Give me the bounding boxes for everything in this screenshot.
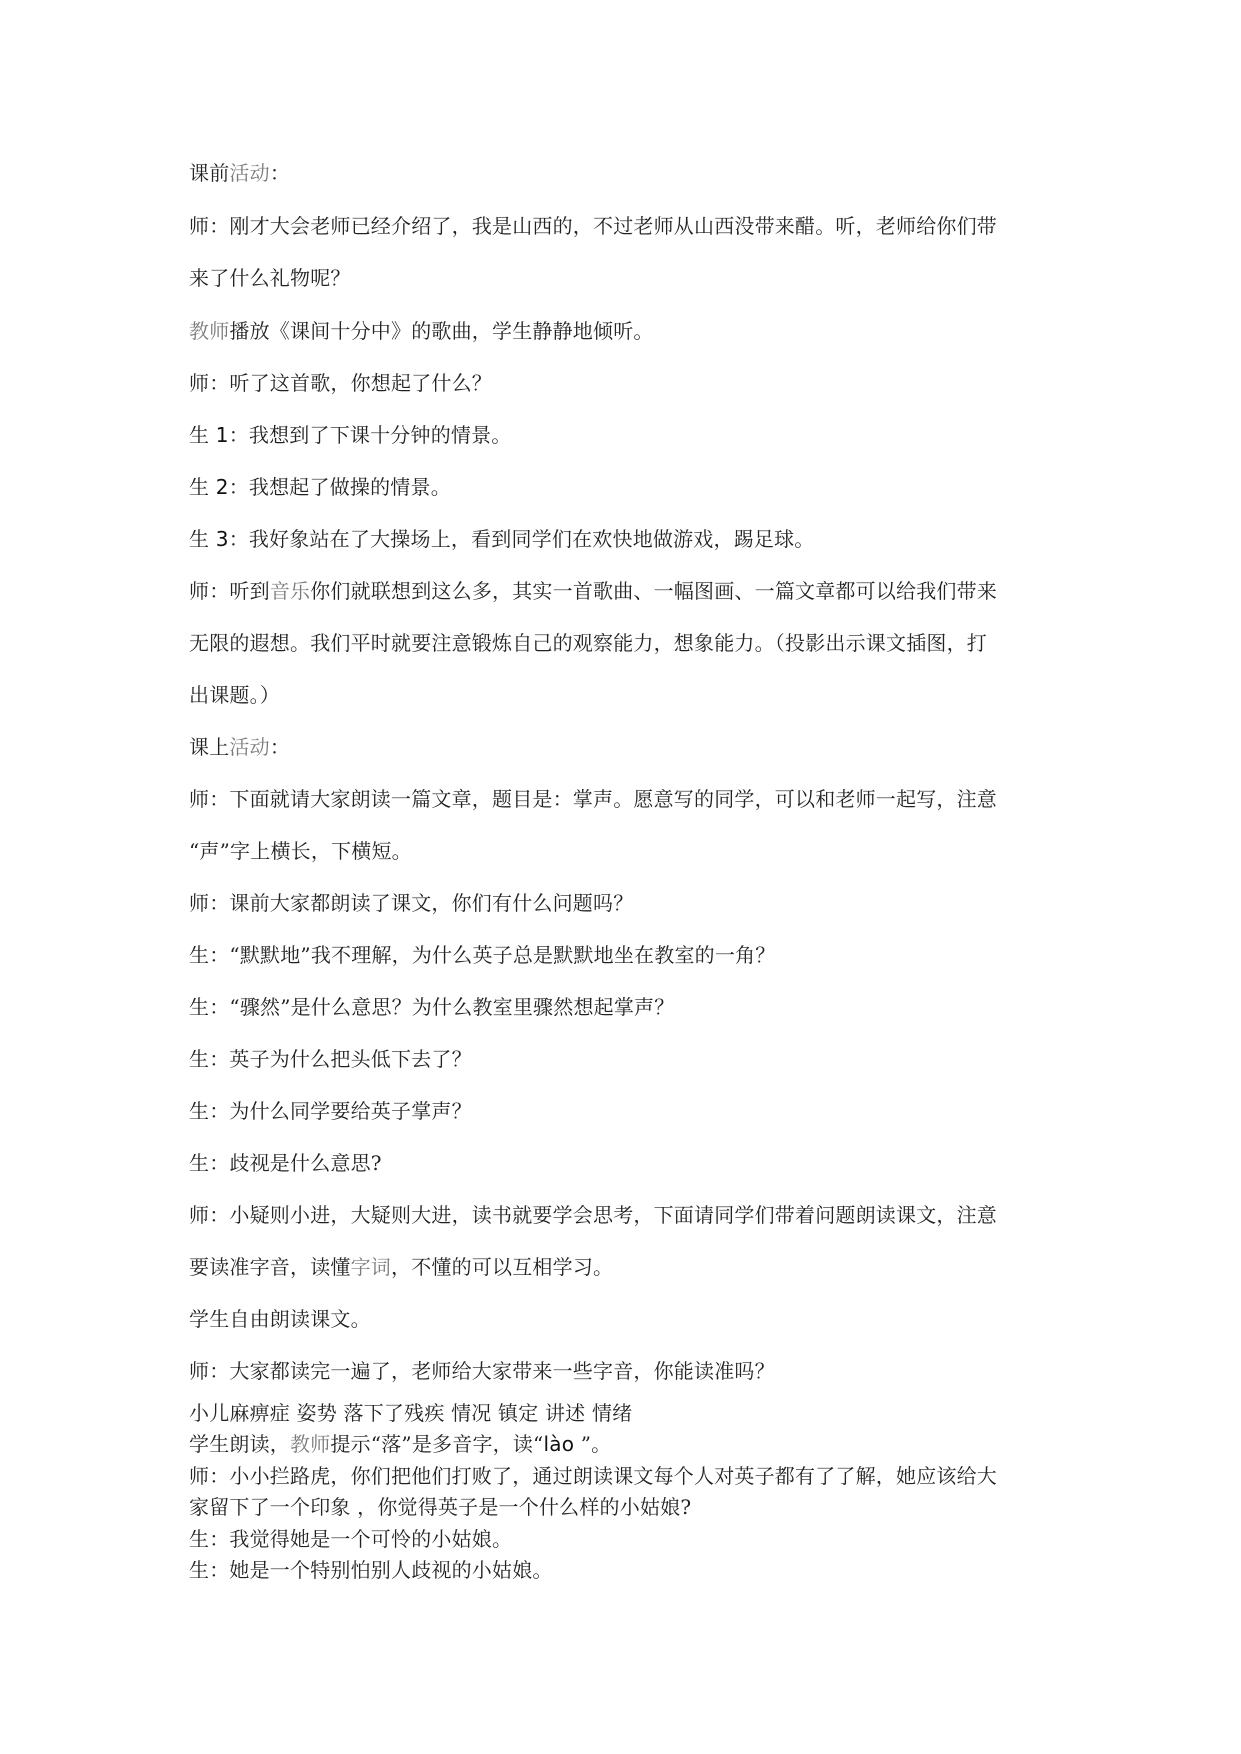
text-segment: ： (270, 161, 290, 185)
paragraph-line: 师：大家都读完一遍了，老师给大家带来一些字音，你能读准吗？ (189, 1358, 775, 1384)
paragraph-line: 课上活动： (189, 734, 290, 760)
paragraph-line: 学生自由朗读课文。 (189, 1306, 371, 1332)
text-segment: 提示“落”是多音字，读“ (330, 1432, 543, 1456)
text-segment: ：我想到了下课十分钟的情景。 (229, 423, 512, 447)
text-segment: 出课题。） (189, 683, 280, 707)
text-segment: 课前 (189, 161, 229, 185)
paragraph-line: 生：为什么同学要给英子掌声？ (189, 1098, 472, 1124)
text-segment: 生：英子为什么把头低下去了？ (189, 1047, 472, 1071)
text-segment: 师：听到 (189, 579, 270, 603)
paragraph-line: 家留下了一个印象 ，你觉得英子是一个什么样的小姑娘? (189, 1494, 691, 1520)
text-segment: 生：“默默地”我不理解，为什么英子总是默默地坐在教室的一角？ (189, 943, 775, 967)
paragraph-line: 无限的遐想。我们平时就要注意锻炼自己的观察能力，想象能力。（投影出示课文插图，打 (189, 630, 987, 656)
text-segment: 生：“骤然”是什么意思？为什么教室里骤然想起掌声？ (189, 995, 674, 1019)
text-segment: 无限的遐想。我们平时就要注意锻炼自己的观察能力，想象能力。（投影出示课文插图，打 (189, 631, 987, 655)
paragraph-line: 生 3：我好象站在了大操场上，看到同学们在欢快地做游戏，踢足球。 (189, 526, 815, 552)
text-segment: 生 (189, 475, 216, 499)
paragraph-line: 师：小疑则小进，大疑则大进，读书就要学会思考，下面请同学们带着问题朗读课文，注意 (189, 1202, 997, 1228)
paragraph-line: 课前活动： (189, 160, 290, 186)
text-segment: ： (270, 735, 290, 759)
paragraph-line: 生：英子为什么把头低下去了？ (189, 1046, 472, 1072)
paragraph-line: 要读准字音，读懂字词，不懂的可以互相学习。 (189, 1254, 613, 1280)
text-segment: 播放《课间十分中》的歌曲，学生静静地倾听。 (229, 319, 653, 343)
paragraph-line: 生：我觉得她是一个可怜的小姑娘。 (189, 1526, 512, 1552)
text-segment: 要读准字音，读懂 (189, 1255, 351, 1279)
text-segment: 你们就联想到这么多，其实一首歌曲、一幅图画、一篇文章都可以给我们带来 (310, 579, 997, 603)
paragraph-line: 师：下面就请大家朗读一篇文章，题目是：掌声。愿意写的同学，可以和老师一起写，注意 (189, 786, 997, 812)
latin-text: 1 (216, 423, 229, 447)
paragraph-line: 生：“骤然”是什么意思？为什么教室里骤然想起掌声？ (189, 994, 674, 1020)
paragraph-line: 学生朗读，教师提示“落”是多音字，读“lào ”。 (189, 1431, 611, 1457)
text-segment: 学生自由朗读课文。 (189, 1307, 371, 1331)
text-segment: ”。 (581, 1432, 612, 1456)
text-segment: 师：课前大家都朗读了课文，你们有什么问题吗？ (189, 891, 633, 915)
paragraph-line: 师：听到音乐你们就联想到这么多，其实一首歌曲、一幅图画、一篇文章都可以给我们带来 (189, 578, 997, 604)
paragraph-line: 师：小小拦路虎，你们把他们打败了，通过朗读课文每个人对英子都有了了解，她应该给大 (189, 1463, 997, 1489)
text-segment: 来了什么礼物呢？ (189, 266, 351, 290)
paragraph-line: 生 1：我想到了下课十分钟的情景。 (189, 422, 512, 448)
text-segment: 生：我觉得她是一个可怜的小姑娘。 (189, 1527, 512, 1551)
text-segment: 师：刚才大会老师已经介绍了，我是山西的，不过老师从山西没带来醋。听，老师给你们带 (189, 214, 997, 238)
paragraph-line: 来了什么礼物呢？ (189, 265, 351, 291)
highlighted-text: 音乐 (270, 579, 310, 603)
highlighted-text: 教师 (189, 319, 229, 343)
paragraph-line: 生 2：我想起了做操的情景。 (189, 474, 451, 500)
text-segment: 师：听了这首歌，你想起了什么？ (189, 371, 492, 395)
text-segment: ：我想起了做操的情景。 (229, 475, 451, 499)
text-segment: “声”字上横长，下横短。 (189, 839, 412, 863)
text-segment: 生 (189, 423, 216, 447)
text-segment: 生：她是一个特别怕别人歧视的小姑娘。 (189, 1558, 553, 1582)
text-segment: 生 (189, 527, 216, 551)
highlighted-text: 活动 (229, 735, 269, 759)
paragraph-line: 生：“默默地”我不理解，为什么英子总是默默地坐在教室的一角？ (189, 942, 775, 968)
text-segment: ：我好象站在了大操场上，看到同学们在欢快地做游戏，踢足球。 (229, 527, 815, 551)
text-segment: 师：小疑则小进，大疑则大进，读书就要学会思考，下面请同学们带着问题朗读课文，注意 (189, 1203, 997, 1227)
document-page: 课前活动：师：刚才大会老师已经介绍了，我是山西的，不过老师从山西没带来醋。听，老… (0, 0, 1241, 1754)
paragraph-line: 师：听了这首歌，你想起了什么？ (189, 370, 492, 396)
paragraph-line: 师：课前大家都朗读了课文，你们有什么问题吗？ (189, 890, 633, 916)
text-segment: 学生朗读， (189, 1432, 290, 1456)
text-segment: 生：为什么同学要给英子掌声？ (189, 1099, 472, 1123)
text-segment: ，不懂的可以互相学习。 (391, 1255, 613, 1279)
highlighted-text: 教师 (290, 1432, 330, 1456)
highlighted-text: 活动 (229, 161, 269, 185)
paragraph-line: 出课题。） (189, 682, 280, 708)
paragraph-line: 生：她是一个特别怕别人歧视的小姑娘。 (189, 1557, 553, 1583)
text-segment: 师：小小拦路虎，你们把他们打败了，通过朗读课文每个人对英子都有了了解，她应该给大 (189, 1464, 997, 1488)
paragraph-line: 生：歧视是什么意思? (189, 1150, 382, 1176)
latin-text: lào (543, 1432, 580, 1456)
text-segment: 生：歧视是什么意思? (189, 1151, 382, 1175)
highlighted-text: 字词 (351, 1255, 391, 1279)
text-segment: 家留下了一个印象 ，你觉得英子是一个什么样的小姑娘? (189, 1495, 691, 1519)
text-segment: 师：下面就请大家朗读一篇文章，题目是：掌声。愿意写的同学，可以和老师一起写，注意 (189, 787, 997, 811)
text-segment: 课上 (189, 735, 229, 759)
text-segment: 小儿麻痹症 姿势 落下了残疾 情况 镇定 讲述 情绪 (189, 1401, 632, 1425)
paragraph-line: “声”字上横长，下横短。 (189, 838, 412, 864)
text-segment: 师：大家都读完一遍了，老师给大家带来一些字音，你能读准吗？ (189, 1359, 775, 1383)
paragraph-line: 教师播放《课间十分中》的歌曲，学生静静地倾听。 (189, 318, 654, 344)
paragraph-line: 小儿麻痹症 姿势 落下了残疾 情况 镇定 讲述 情绪 (189, 1400, 632, 1426)
latin-text: 2 (216, 475, 229, 499)
paragraph-line: 师：刚才大会老师已经介绍了，我是山西的，不过老师从山西没带来醋。听，老师给你们带 (189, 213, 997, 239)
latin-text: 3 (216, 527, 229, 551)
